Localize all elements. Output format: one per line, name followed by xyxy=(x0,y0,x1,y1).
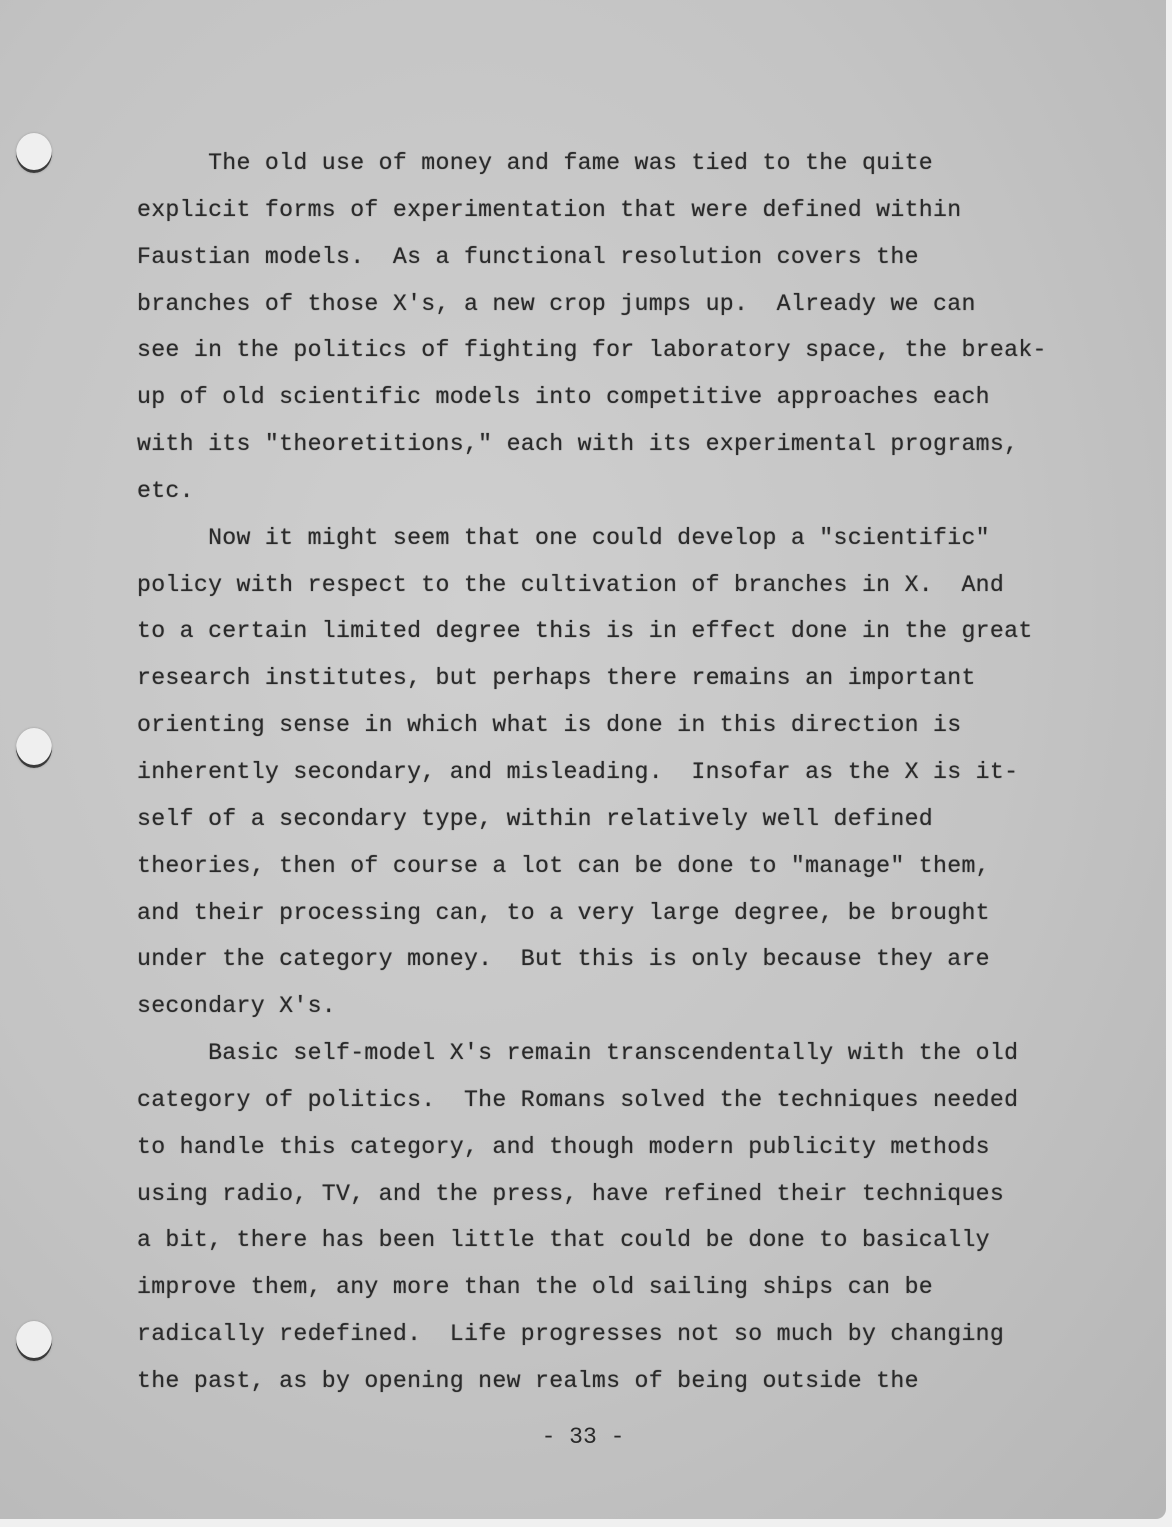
text-line: Now it might seem that one could develop… xyxy=(137,515,1047,562)
text-line: improve them, any more than the old sail… xyxy=(137,1264,1047,1311)
text-line: category of politics. The Romans solved … xyxy=(137,1077,1047,1124)
page-number: - 33 - xyxy=(0,1424,1166,1450)
text-line: inherently secondary, and misleading. In… xyxy=(137,749,1047,796)
text-line: the past, as by opening new realms of be… xyxy=(137,1358,1047,1405)
text-line: Faustian models. As a functional resolut… xyxy=(137,234,1047,281)
text-line: theories, then of course a lot can be do… xyxy=(137,843,1047,890)
punch-hole xyxy=(16,133,52,173)
text-line: and their processing can, to a very larg… xyxy=(137,890,1047,937)
text-line: etc. xyxy=(137,468,1047,515)
text-line: secondary X's. xyxy=(137,983,1047,1030)
body-text: The old use of money and fame was tied t… xyxy=(137,140,1047,1405)
text-line: to a certain limited degree this is in e… xyxy=(137,608,1047,655)
text-line: to handle this category, and though mode… xyxy=(137,1124,1047,1171)
text-line: The old use of money and fame was tied t… xyxy=(137,140,1047,187)
text-line: orienting sense in which what is done in… xyxy=(137,702,1047,749)
text-line: up of old scientific models into competi… xyxy=(137,374,1047,421)
text-line: with its "theoretitions," each with its … xyxy=(137,421,1047,468)
text-line: Basic self-model X's remain transcendent… xyxy=(137,1030,1047,1077)
text-line: branches of those X's, a new crop jumps … xyxy=(137,281,1047,328)
text-line: radically redefined. Life progresses not… xyxy=(137,1311,1047,1358)
text-line: under the category money. But this is on… xyxy=(137,936,1047,983)
text-line: see in the politics of fighting for labo… xyxy=(137,327,1047,374)
punch-hole xyxy=(16,1321,52,1361)
text-line: self of a secondary type, within relativ… xyxy=(137,796,1047,843)
text-line: policy with respect to the cultivation o… xyxy=(137,562,1047,609)
text-line: a bit, there has been little that could … xyxy=(137,1217,1047,1264)
punch-hole xyxy=(16,728,52,768)
text-line: explicit forms of experimentation that w… xyxy=(137,187,1047,234)
text-line: using radio, TV, and the press, have ref… xyxy=(137,1171,1047,1218)
text-line: research institutes, but perhaps there r… xyxy=(137,655,1047,702)
typewritten-page: The old use of money and fame was tied t… xyxy=(0,0,1166,1519)
